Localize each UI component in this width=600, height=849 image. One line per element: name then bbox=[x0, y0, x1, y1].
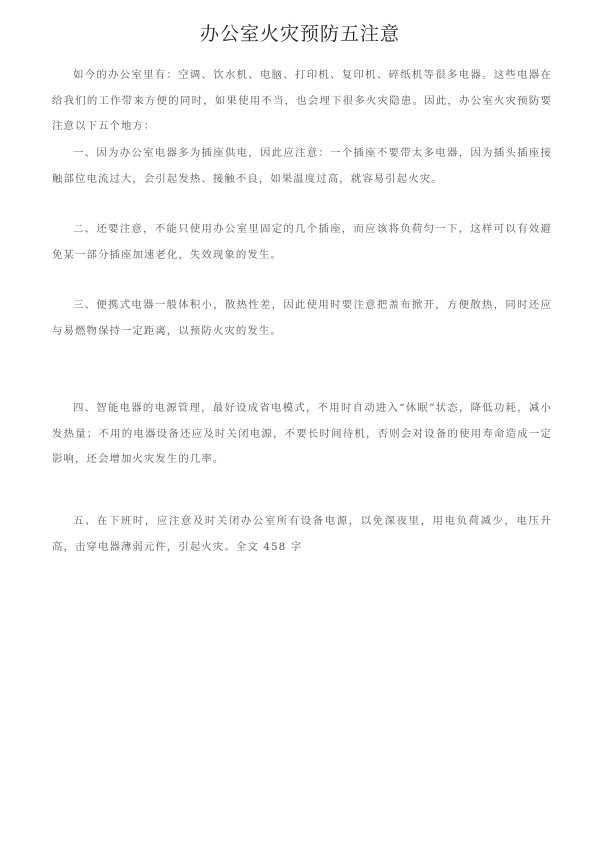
document-page: 办公室火灾预防五注意 如今的办公室里有：空调、饮水机、电脑、打印机、复印机、碎纸… bbox=[0, 0, 600, 849]
point-4-paragraph: 四、智能电器的电源管理，最好设成省电模式，不用时自动进入“休眠”状态，降低功耗，… bbox=[52, 396, 552, 473]
point-2-paragraph: 二、还要注意，不能只使用办公室里固定的几个插座，而应该将负荷匀一下，这样可以有效… bbox=[52, 217, 552, 268]
point-1-paragraph: 一、因为办公室电器多为插座供电，因此应注意：一个插座不要带太多电器，因为插头插座… bbox=[52, 141, 552, 192]
document-title: 办公室火灾预防五注意 bbox=[0, 20, 600, 48]
point-5-paragraph: 五、在下班时，应注意及时关闭办公室所有设备电源，以免深夜里，用电负荷减少，电压升… bbox=[52, 509, 552, 560]
intro-paragraph: 如今的办公室里有：空调、饮水机、电脑、打印机、复印机、碎纸机等很多电器。这些电器… bbox=[52, 63, 552, 140]
point-3-paragraph: 三、便携式电器一般体积小，散热性差，因此使用时要注意把盖布掀开，方便散热，同时还… bbox=[52, 293, 552, 344]
